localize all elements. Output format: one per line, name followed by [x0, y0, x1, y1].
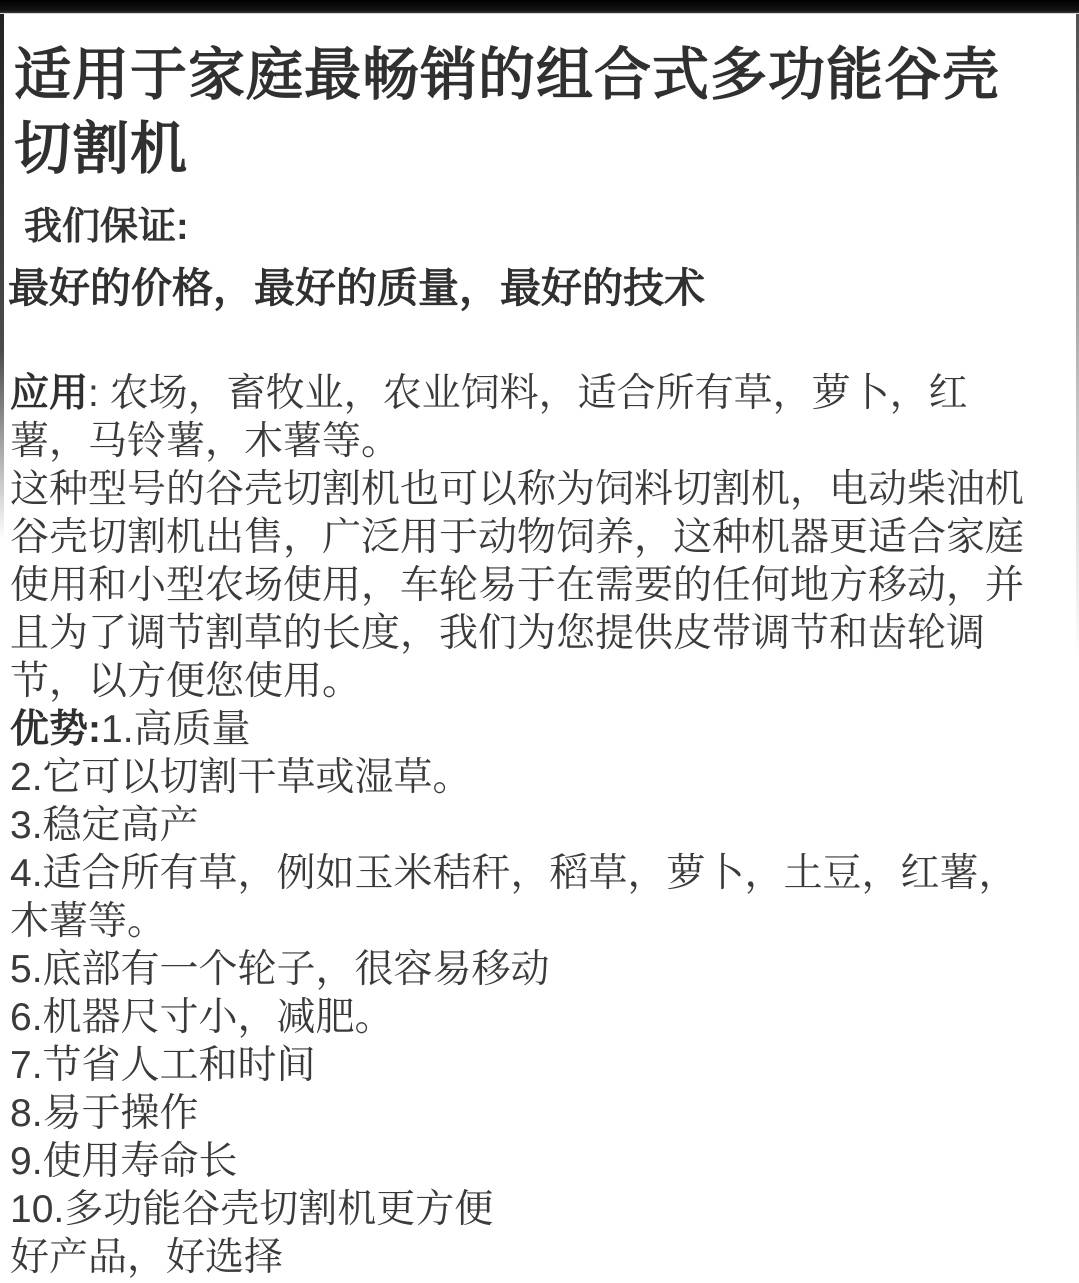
advantage-8: 8.易于操作	[10, 1090, 1075, 1138]
slogan-text: 最好的价格，最好的质量，最好的技术	[0, 262, 1079, 314]
guarantee-heading: 我们保证:	[0, 202, 1079, 252]
advantage-10: 10.多功能谷壳切割机更方便	[10, 1186, 1075, 1234]
advantage-9: 9.使用寿命长	[10, 1138, 1075, 1186]
description-line-3: 使用和小型农场使用，车轮易于在需要的任何地方移动，并	[10, 562, 1075, 610]
application-line-2: 薯，马铃薯，木薯等。	[10, 418, 1075, 466]
top-border-bar	[0, 0, 1079, 14]
advantage-7: 7.节省人工和时间	[10, 1042, 1075, 1090]
page-title-line-1: 适用于家庭最畅销的组合式多功能谷壳	[14, 38, 1073, 112]
page-title-line-2: 切割机	[14, 112, 1073, 186]
body-text: 应用: 农场，畜牧业，农业饲料，适合所有草，萝卜，红 薯，马铃薯，木薯等。 这种…	[0, 370, 1075, 1282]
advantage-3: 3.稳定高产	[10, 802, 1075, 850]
advantage-2: 2.它可以切割干草或湿草。	[10, 754, 1075, 802]
application-label: 应用	[10, 372, 88, 415]
product-description-page: 适用于家庭最畅销的组合式多功能谷壳 切割机 我们保证: 最好的价格，最好的质量，…	[0, 13, 1079, 1282]
application-line-1: 应用: 农场，畜牧业，农业饲料，适合所有草，萝卜，红	[10, 370, 1075, 418]
closing-line: 好产品，好选择	[10, 1234, 1075, 1282]
advantages-line-1: 优势:1.高质量	[10, 706, 1075, 754]
advantage-6: 6.机器尺寸小，减肥。	[10, 994, 1075, 1042]
left-edge-shadow	[0, 0, 4, 540]
application-line-1-text: : 农场，畜牧业，农业饲料，适合所有草，萝卜，红	[88, 372, 968, 415]
description-line-5: 节，以方便您使用。	[10, 658, 1075, 706]
advantage-1: 1.高质量	[101, 708, 251, 751]
page-title: 适用于家庭最畅销的组合式多功能谷壳 切割机	[14, 38, 1073, 186]
advantage-4-line-2: 木薯等。	[10, 898, 1075, 946]
advantage-4-line-1: 4.适合所有草，例如玉米秸秆，稻草，萝卜，土豆，红薯，	[10, 850, 1075, 898]
description-line-2: 谷壳切割机出售，广泛用于动物饲养，这种机器更适合家庭	[10, 514, 1075, 562]
advantages-label: 优势:	[10, 708, 101, 751]
advantage-5: 5.底部有一个轮子，很容易移动	[10, 946, 1075, 994]
description-line-4: 且为了调节割草的长度，我们为您提供皮带调节和齿轮调	[10, 610, 1075, 658]
description-line-1: 这种型号的谷壳切割机也可以称为饲料切割机，电动柴油机	[10, 466, 1075, 514]
